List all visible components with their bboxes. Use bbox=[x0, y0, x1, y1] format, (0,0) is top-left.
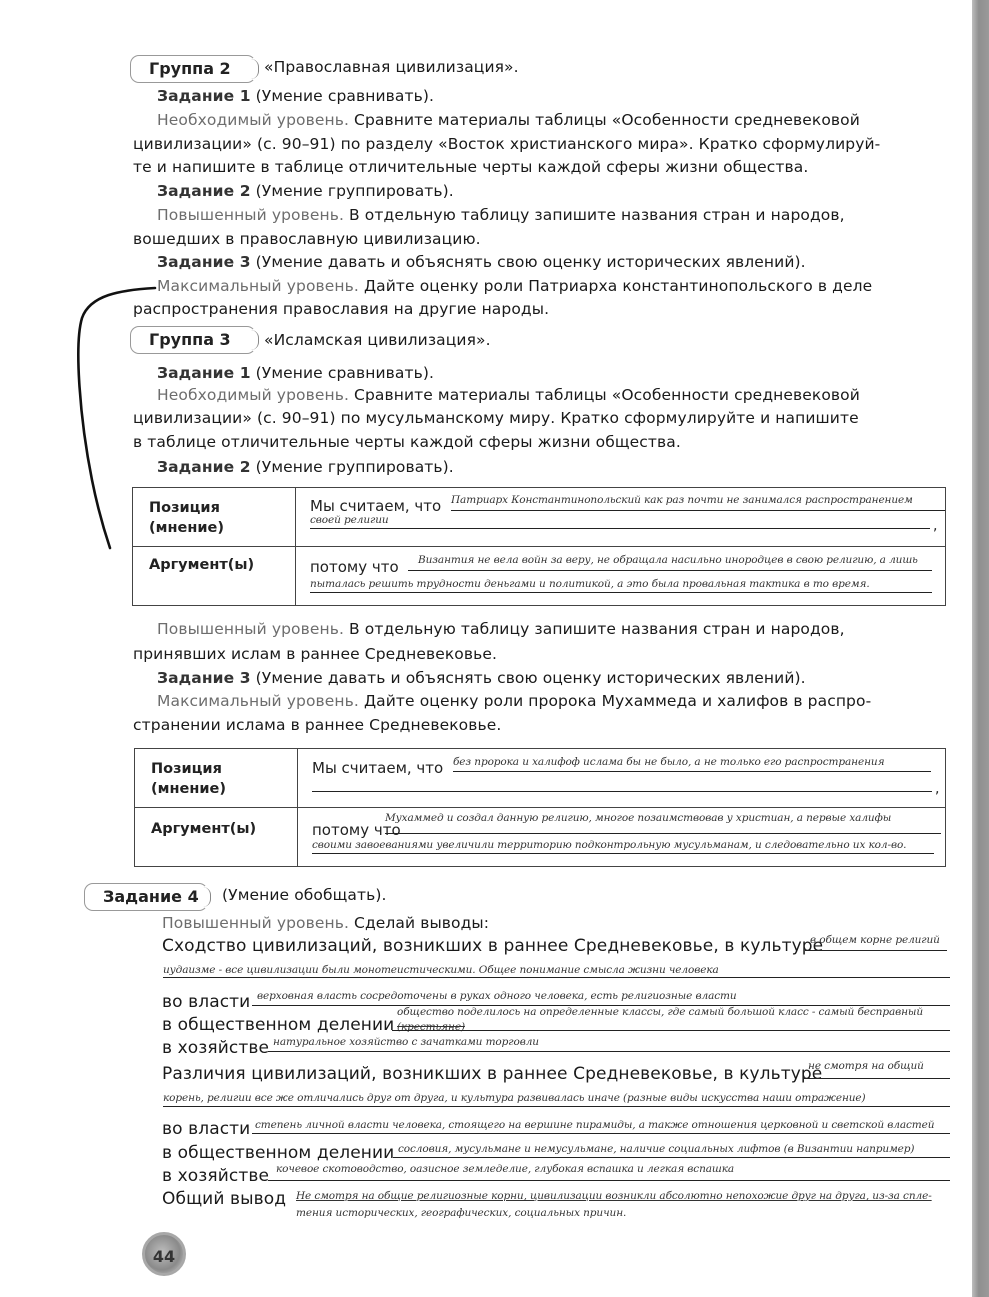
group2-task3-heading: Задание 3 (Умение давать и объяснять сво… bbox=[157, 253, 806, 271]
level-label: Максимальный уровень. bbox=[157, 692, 359, 710]
similarity-economy-answer[interactable]: натуральное хозяйство с зачатками торгов… bbox=[273, 1036, 539, 1048]
difference-prompt: Различия цивилизаций, возникших в раннее… bbox=[162, 1064, 822, 1084]
group3-task3-heading: Задание 3 (Умение давать и объяснять сво… bbox=[157, 669, 806, 687]
group2-task2-text-line1: Повышенный уровень. В отдельную таблицу … bbox=[157, 206, 845, 224]
level-label: Повышенный уровень. bbox=[162, 914, 349, 932]
group3-task1-text-line3: в таблице отличительные черты каждой сфе… bbox=[133, 433, 681, 451]
task-label: Задание 1 bbox=[157, 87, 251, 105]
difference-social-answer[interactable]: сословия, мусульмане и немусульмане, нал… bbox=[398, 1143, 914, 1155]
group2-task3-text-line1: Максимальный уровень. Дайте оценку роли … bbox=[157, 277, 872, 295]
level-label: Повышенный уровень. bbox=[157, 206, 344, 224]
position-answer-line2[interactable]: своей религии bbox=[310, 514, 389, 526]
similarity-social-answer-line2[interactable]: (крестьяне) bbox=[397, 1021, 465, 1033]
level-label: Максимальный уровень. bbox=[157, 277, 359, 295]
position-prefix: Мы считаем, что bbox=[312, 759, 443, 777]
similarity-culture-answer-line2[interactable]: иудаизме - все цивилизации были монотеис… bbox=[163, 964, 719, 976]
difference-social-label: в общественном делении bbox=[162, 1143, 394, 1163]
level-label: Необходимый уровень. bbox=[157, 386, 349, 404]
task-label: Задание 3 bbox=[157, 253, 251, 271]
task-label: Задание 2 bbox=[157, 182, 251, 200]
group2-label: Группа 2 bbox=[130, 55, 256, 83]
similarity-culture-answer-line1[interactable]: в общем корне религий bbox=[810, 934, 940, 946]
task-skill: (Умение группировать). bbox=[256, 458, 454, 476]
position-header: Позиция (мнение) bbox=[149, 498, 224, 538]
conclusion-answer-line1[interactable]: Не смотря на общие религиозные корни, ци… bbox=[296, 1190, 932, 1202]
group3-task2-text-line1: Повышенный уровень. В отдельную таблицу … bbox=[157, 620, 845, 638]
position-argument-table-1: Позиция (мнение) Аргумент(ы) Мы считаем,… bbox=[132, 487, 946, 606]
similarity-prompt: Сходство цивилизаций, возникших в раннее… bbox=[162, 936, 823, 956]
task-label: Задание 2 bbox=[157, 458, 251, 476]
difference-economy-label: в хозяйстве bbox=[162, 1166, 269, 1186]
group2-task2-heading: Задание 2 (Умение группировать). bbox=[157, 182, 454, 200]
similarity-social-label: в общественном делении bbox=[162, 1015, 394, 1035]
group3-task2-text-line2: принявших ислам в раннее Средневековье. bbox=[133, 645, 497, 663]
group2-task1-text-line2: цивилизации» (с. 90–91) по разделу «Вост… bbox=[133, 135, 880, 153]
instruction-text: Дайте оценку роли Патриарха константиноп… bbox=[364, 277, 872, 295]
argument-answer-line2[interactable]: своими завоеваниями увеличили территорию… bbox=[312, 839, 906, 851]
group2-task3-text-line2: распространения православия на другие на… bbox=[133, 300, 549, 318]
similarity-economy-label: в хозяйстве bbox=[162, 1038, 269, 1058]
group3-task2-heading: Задание 2 (Умение группировать). bbox=[157, 458, 454, 476]
instruction-text: Сравните материалы таблицы «Особенности … bbox=[354, 386, 860, 404]
level-label: Повышенный уровень. bbox=[157, 620, 344, 638]
task4-skill: (Умение обобщать). bbox=[222, 886, 387, 904]
argument-answer-line2[interactable]: пыталась решить трудности деньгами и пол… bbox=[310, 578, 870, 590]
task-skill: (Умение группировать). bbox=[256, 182, 454, 200]
similarity-power-answer[interactable]: верховная власть сосредоточены в руках о… bbox=[257, 990, 737, 1002]
position-answer-line1[interactable]: Патриарх Константинопольский как раз поч… bbox=[451, 494, 913, 506]
instruction-text: В отдельную таблицу запишите названия ст… bbox=[349, 206, 845, 224]
group2-task1-heading: Задание 1 (Умение сравнивать). bbox=[157, 87, 434, 105]
difference-power-label: во власти bbox=[162, 1119, 250, 1139]
group3-task3-text-line1: Максимальный уровень. Дайте оценку роли … bbox=[157, 692, 871, 710]
position-header: Позиция (мнение) bbox=[151, 759, 226, 799]
group3-task3-text-line2: странении ислама в раннее Средневековье. bbox=[133, 716, 501, 734]
difference-power-answer[interactable]: степень личной власти человека, стоящего… bbox=[255, 1119, 934, 1131]
task-skill: (Умение давать и объяснять свою оценку и… bbox=[256, 253, 806, 271]
group3-task1-text-line2: цивилизации» (с. 90–91) по мусульманском… bbox=[133, 409, 859, 427]
page-number-badge: 44 bbox=[142, 1232, 186, 1276]
group3-task1-text-line1: Необходимый уровень. Сравните материалы … bbox=[157, 386, 860, 404]
argument-answer-line1[interactable]: Византия не вела войн за веру, не обраща… bbox=[418, 554, 918, 566]
group3-title: «Исламская цивилизация». bbox=[264, 331, 491, 349]
position-argument-table-2: Позиция (мнение) Аргумент(ы) Мы считаем,… bbox=[134, 748, 946, 867]
group3-task1-heading: Задание 1 (Умение сравнивать). bbox=[157, 364, 434, 382]
similarity-power-label: во власти bbox=[162, 992, 250, 1012]
task-skill: (Умение давать и объяснять свою оценку и… bbox=[256, 669, 806, 687]
instruction-text: Дайте оценку роли пророка Мухаммеда и ха… bbox=[364, 692, 871, 710]
argument-header: Аргумент(ы) bbox=[149, 555, 254, 575]
instruction-text: В отдельную таблицу запишите названия ст… bbox=[349, 620, 845, 638]
task-skill: (Умение сравнивать). bbox=[256, 364, 434, 382]
argument-header: Аргумент(ы) bbox=[151, 819, 256, 839]
group2-task2-text-line2: вошедших в православную цивилизацию. bbox=[133, 230, 481, 248]
similarity-social-answer-line1[interactable]: общество поделилось на определенные клас… bbox=[397, 1006, 923, 1018]
scan-edge-shadow bbox=[972, 0, 989, 1297]
conclusion-label: Общий вывод bbox=[162, 1189, 286, 1209]
difference-culture-answer-line2[interactable]: корень, религии все же отличались друг о… bbox=[163, 1092, 866, 1104]
position-answer-line1[interactable]: без пророка и халифоф ислама бы не было,… bbox=[453, 756, 884, 768]
argument-answer-line1[interactable]: Мухаммед и создал данную религию, многое… bbox=[385, 812, 891, 824]
group2-task1-text-line1: Необходимый уровень. Сравните материалы … bbox=[157, 111, 860, 129]
argument-prefix: потому что bbox=[310, 558, 399, 576]
group3-label: Группа 3 bbox=[130, 326, 256, 354]
task4-label: Задание 4 bbox=[84, 883, 208, 911]
difference-culture-answer-line1[interactable]: не смотря на общий bbox=[808, 1060, 924, 1072]
task-label: Задание 1 bbox=[157, 364, 251, 382]
instruction-text: Сравните материалы таблицы «Особенности … bbox=[354, 111, 860, 129]
conclusion-answer-line2[interactable]: тения исторических, географических, соци… bbox=[296, 1207, 626, 1219]
group2-title: «Православная цивилизация». bbox=[264, 58, 519, 76]
difference-economy-answer[interactable]: кочевое скотоводство, оазисное земледели… bbox=[276, 1163, 734, 1175]
task4-instruction: Повышенный уровень. Сделай выводы: bbox=[162, 914, 489, 932]
group2-task1-text-line3: те и напишите в таблице отличительные че… bbox=[133, 158, 808, 176]
position-prefix: Мы считаем, что bbox=[310, 497, 441, 515]
level-label: Необходимый уровень. bbox=[157, 111, 349, 129]
instruction-text: Сделай выводы: bbox=[354, 914, 489, 932]
task-skill: (Умение сравнивать). bbox=[256, 87, 434, 105]
task-label: Задание 3 bbox=[157, 669, 251, 687]
